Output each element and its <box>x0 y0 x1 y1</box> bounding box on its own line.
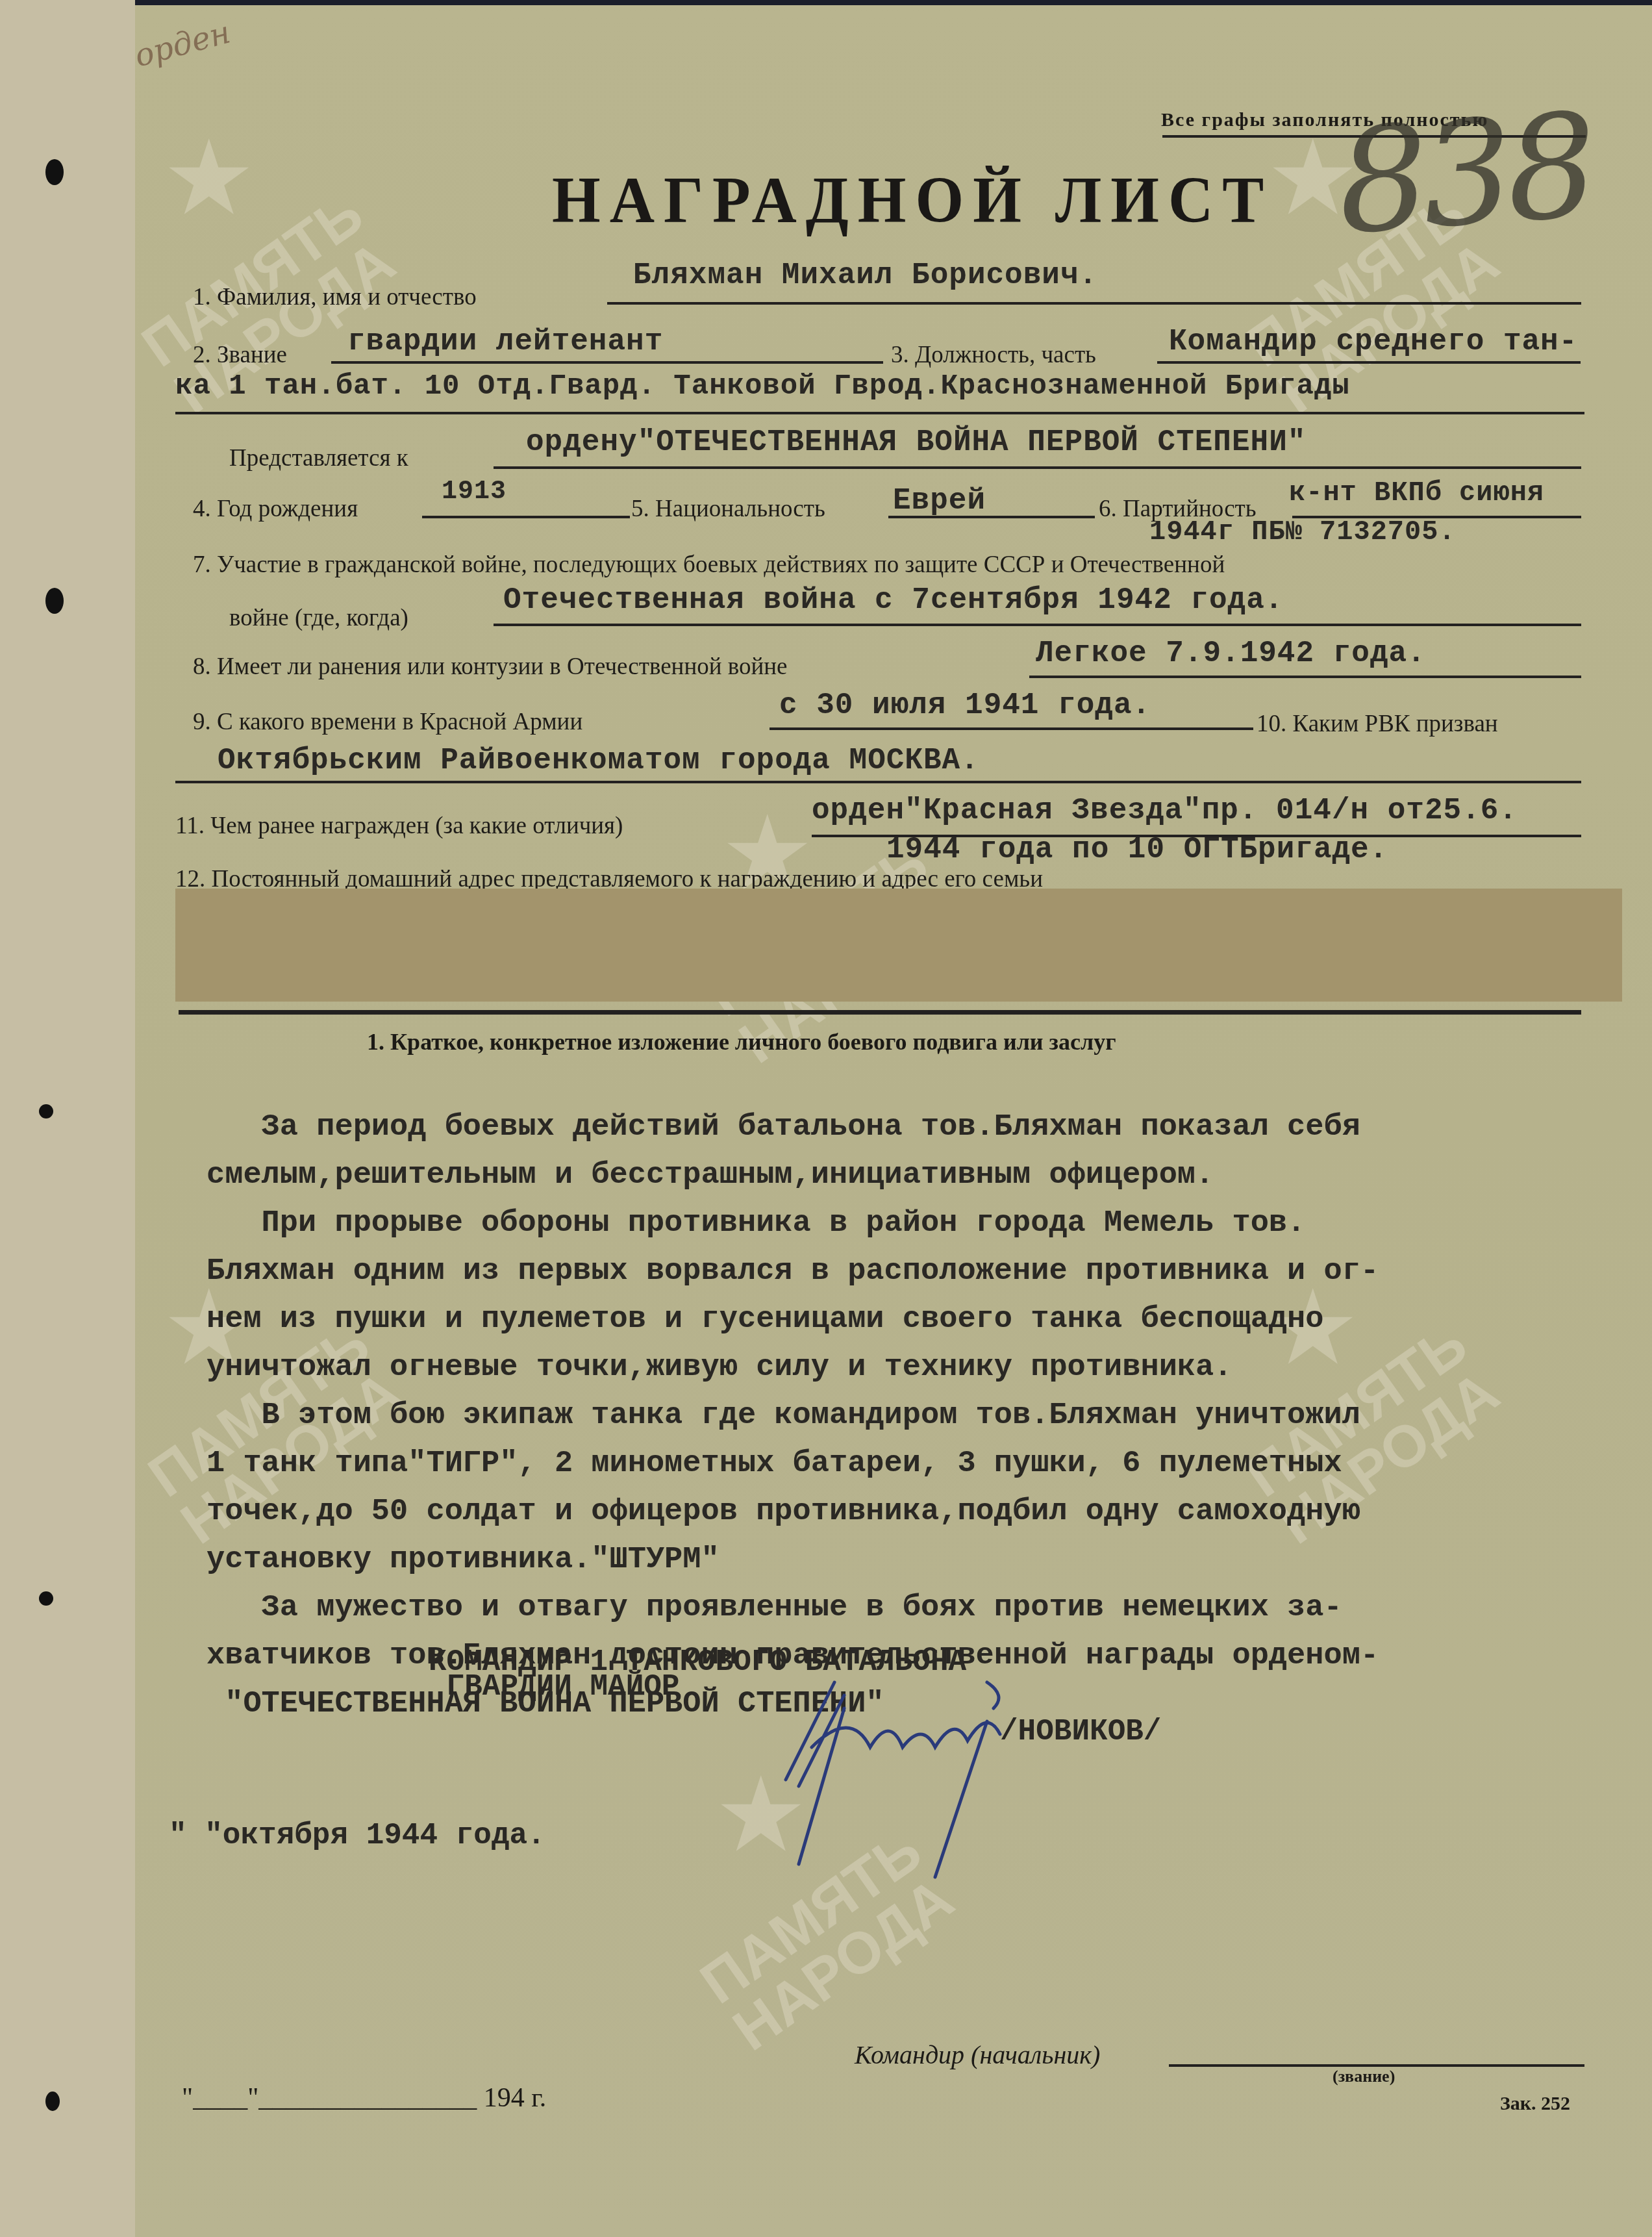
field-9-line <box>770 727 1253 730</box>
field-6-value-line2: 1944г ПБ№ 7132705. <box>1149 516 1456 548</box>
field-9-value: с 30 июля 1941 года. <box>779 689 1151 722</box>
field-10-value: Октябрьским Райвоенкоматом города МОСКВА… <box>218 744 979 777</box>
punch-hole <box>45 159 64 185</box>
redacted-address-block <box>175 889 1622 1002</box>
field-5-line <box>888 516 1095 518</box>
field-4-value: 1913 <box>442 477 507 507</box>
field-8-value: Легкое 7.9.1942 года. <box>1036 637 1426 670</box>
punch-hole <box>45 2092 60 2111</box>
signatory-name: /НОВИКОВ/ <box>1000 1715 1161 1749</box>
field-10-line <box>175 781 1581 783</box>
punch-hole <box>39 1591 53 1606</box>
presented-line <box>494 466 1581 469</box>
order-number: Зак. 252 <box>1500 2093 1570 2115</box>
narrative-line: установку противника."ШТУРМ" <box>206 1548 1648 1572</box>
narrative-line: Бляхман одним из первых ворвался в распо… <box>206 1259 1648 1283</box>
field-3-value-line2: ка 1 тан.бат. 10 Отд.Гвард. Танковой Гвр… <box>175 370 1350 403</box>
date-blank: "____"________________ 194 г. <box>182 2082 546 2114</box>
field-7-value: Отечественная война с 7сентября 1942 год… <box>503 583 1283 617</box>
rank-caption: (звание) <box>1333 2067 1395 2086</box>
field-8-label: 8. Имеет ли ранения или контузии в Отече… <box>193 653 788 681</box>
field-7-label: 7. Участие в гражданской войне, последую… <box>193 551 1225 579</box>
field-2-label: 2. Звание <box>193 341 287 369</box>
field-7-line <box>494 624 1581 626</box>
field-11-label: 11. Чем ранее награжден (за какие отличи… <box>175 812 623 840</box>
watermark-star-icon: ★ <box>162 117 255 239</box>
field-6-value-line1: к-нт ВКПб сиюня <box>1289 477 1544 509</box>
field-8-line <box>1029 676 1581 678</box>
field-7-label-cont: войне (где, когда) <box>229 604 408 632</box>
narrative-line: В этом бою экипаж танка где командиром т… <box>206 1404 1648 1428</box>
field-5-label: 5. Национальность <box>631 495 825 523</box>
punch-hole <box>39 1104 53 1118</box>
field-1-label: 1. Фамилия, имя и отчество <box>193 283 477 311</box>
field-11-value-line1: орден"Красная Звезда"пр. 014/н от25.6. <box>812 794 1518 828</box>
handwritten-signature-icon <box>773 1669 1071 1884</box>
narrative-line: За период боевых действий батальона тов.… <box>206 1115 1648 1139</box>
section-divider <box>179 1010 1581 1015</box>
field-10-label: 10. Каким РВК призван <box>1257 710 1498 738</box>
field-3-line2 <box>175 412 1584 414</box>
narrative-line: уничтожал огневые точки,живую силу и тех… <box>206 1356 1648 1380</box>
field-1-line <box>607 302 1581 305</box>
field-5-value: Еврей <box>893 484 986 518</box>
field-3-line <box>1157 361 1581 364</box>
field-1-value: Бляхман Михаил Борисович. <box>633 259 1097 292</box>
narrative-line: смелым,решительным и бесстрашным,инициат… <box>206 1163 1648 1187</box>
field-11-value-line2: 1944 года по 10 ОГТБригаде. <box>886 833 1388 866</box>
field-4-line <box>422 516 630 518</box>
handwritten-number: 838 <box>1333 82 1597 266</box>
narrative-text: За период боевых действий батальона тов.… <box>206 1091 1648 1740</box>
binding-margin <box>0 0 135 2237</box>
narrative-line: нем из пушки и пулеметов и гусеницами св… <box>206 1308 1648 1332</box>
narrative-line: При прорыве обороны противника в район г… <box>206 1211 1648 1235</box>
commander-label: Командир (начальник) <box>855 2040 1100 2070</box>
page-title: НАГРАДНОЙ ЛИСТ <box>552 162 1273 238</box>
field-9-label: 9. С какого времени в Красной Армии <box>193 708 582 736</box>
presented-value: ордену"ОТЕЧЕСТВЕННАЯ ВОЙНА ПЕРВОЙ СТЕПЕН… <box>526 425 1306 459</box>
narrative-line: За мужество и отвагу проявленные в боях … <box>206 1596 1648 1620</box>
narrative-line: 1 танк типа"ТИГР", 2 минометных батареи,… <box>206 1452 1648 1476</box>
field-2-line <box>331 361 883 364</box>
punch-hole <box>45 588 64 614</box>
document-date: " "октября 1944 года. <box>169 1819 545 1852</box>
field-3-label: 3. Должность, часть <box>891 341 1096 369</box>
narrative-line: точек,до 50 солдат и офицеров противника… <box>206 1500 1648 1524</box>
field-3-value-line1: Командир среднего тан- <box>1169 325 1577 359</box>
presented-label: Представляется к <box>229 444 408 472</box>
section-heading: 1. Краткое, конкретное изложение личного… <box>367 1028 1116 1055</box>
field-2-value: гвардии лейтенант <box>347 325 663 359</box>
field-4-label: 4. Год рождения <box>193 495 358 523</box>
